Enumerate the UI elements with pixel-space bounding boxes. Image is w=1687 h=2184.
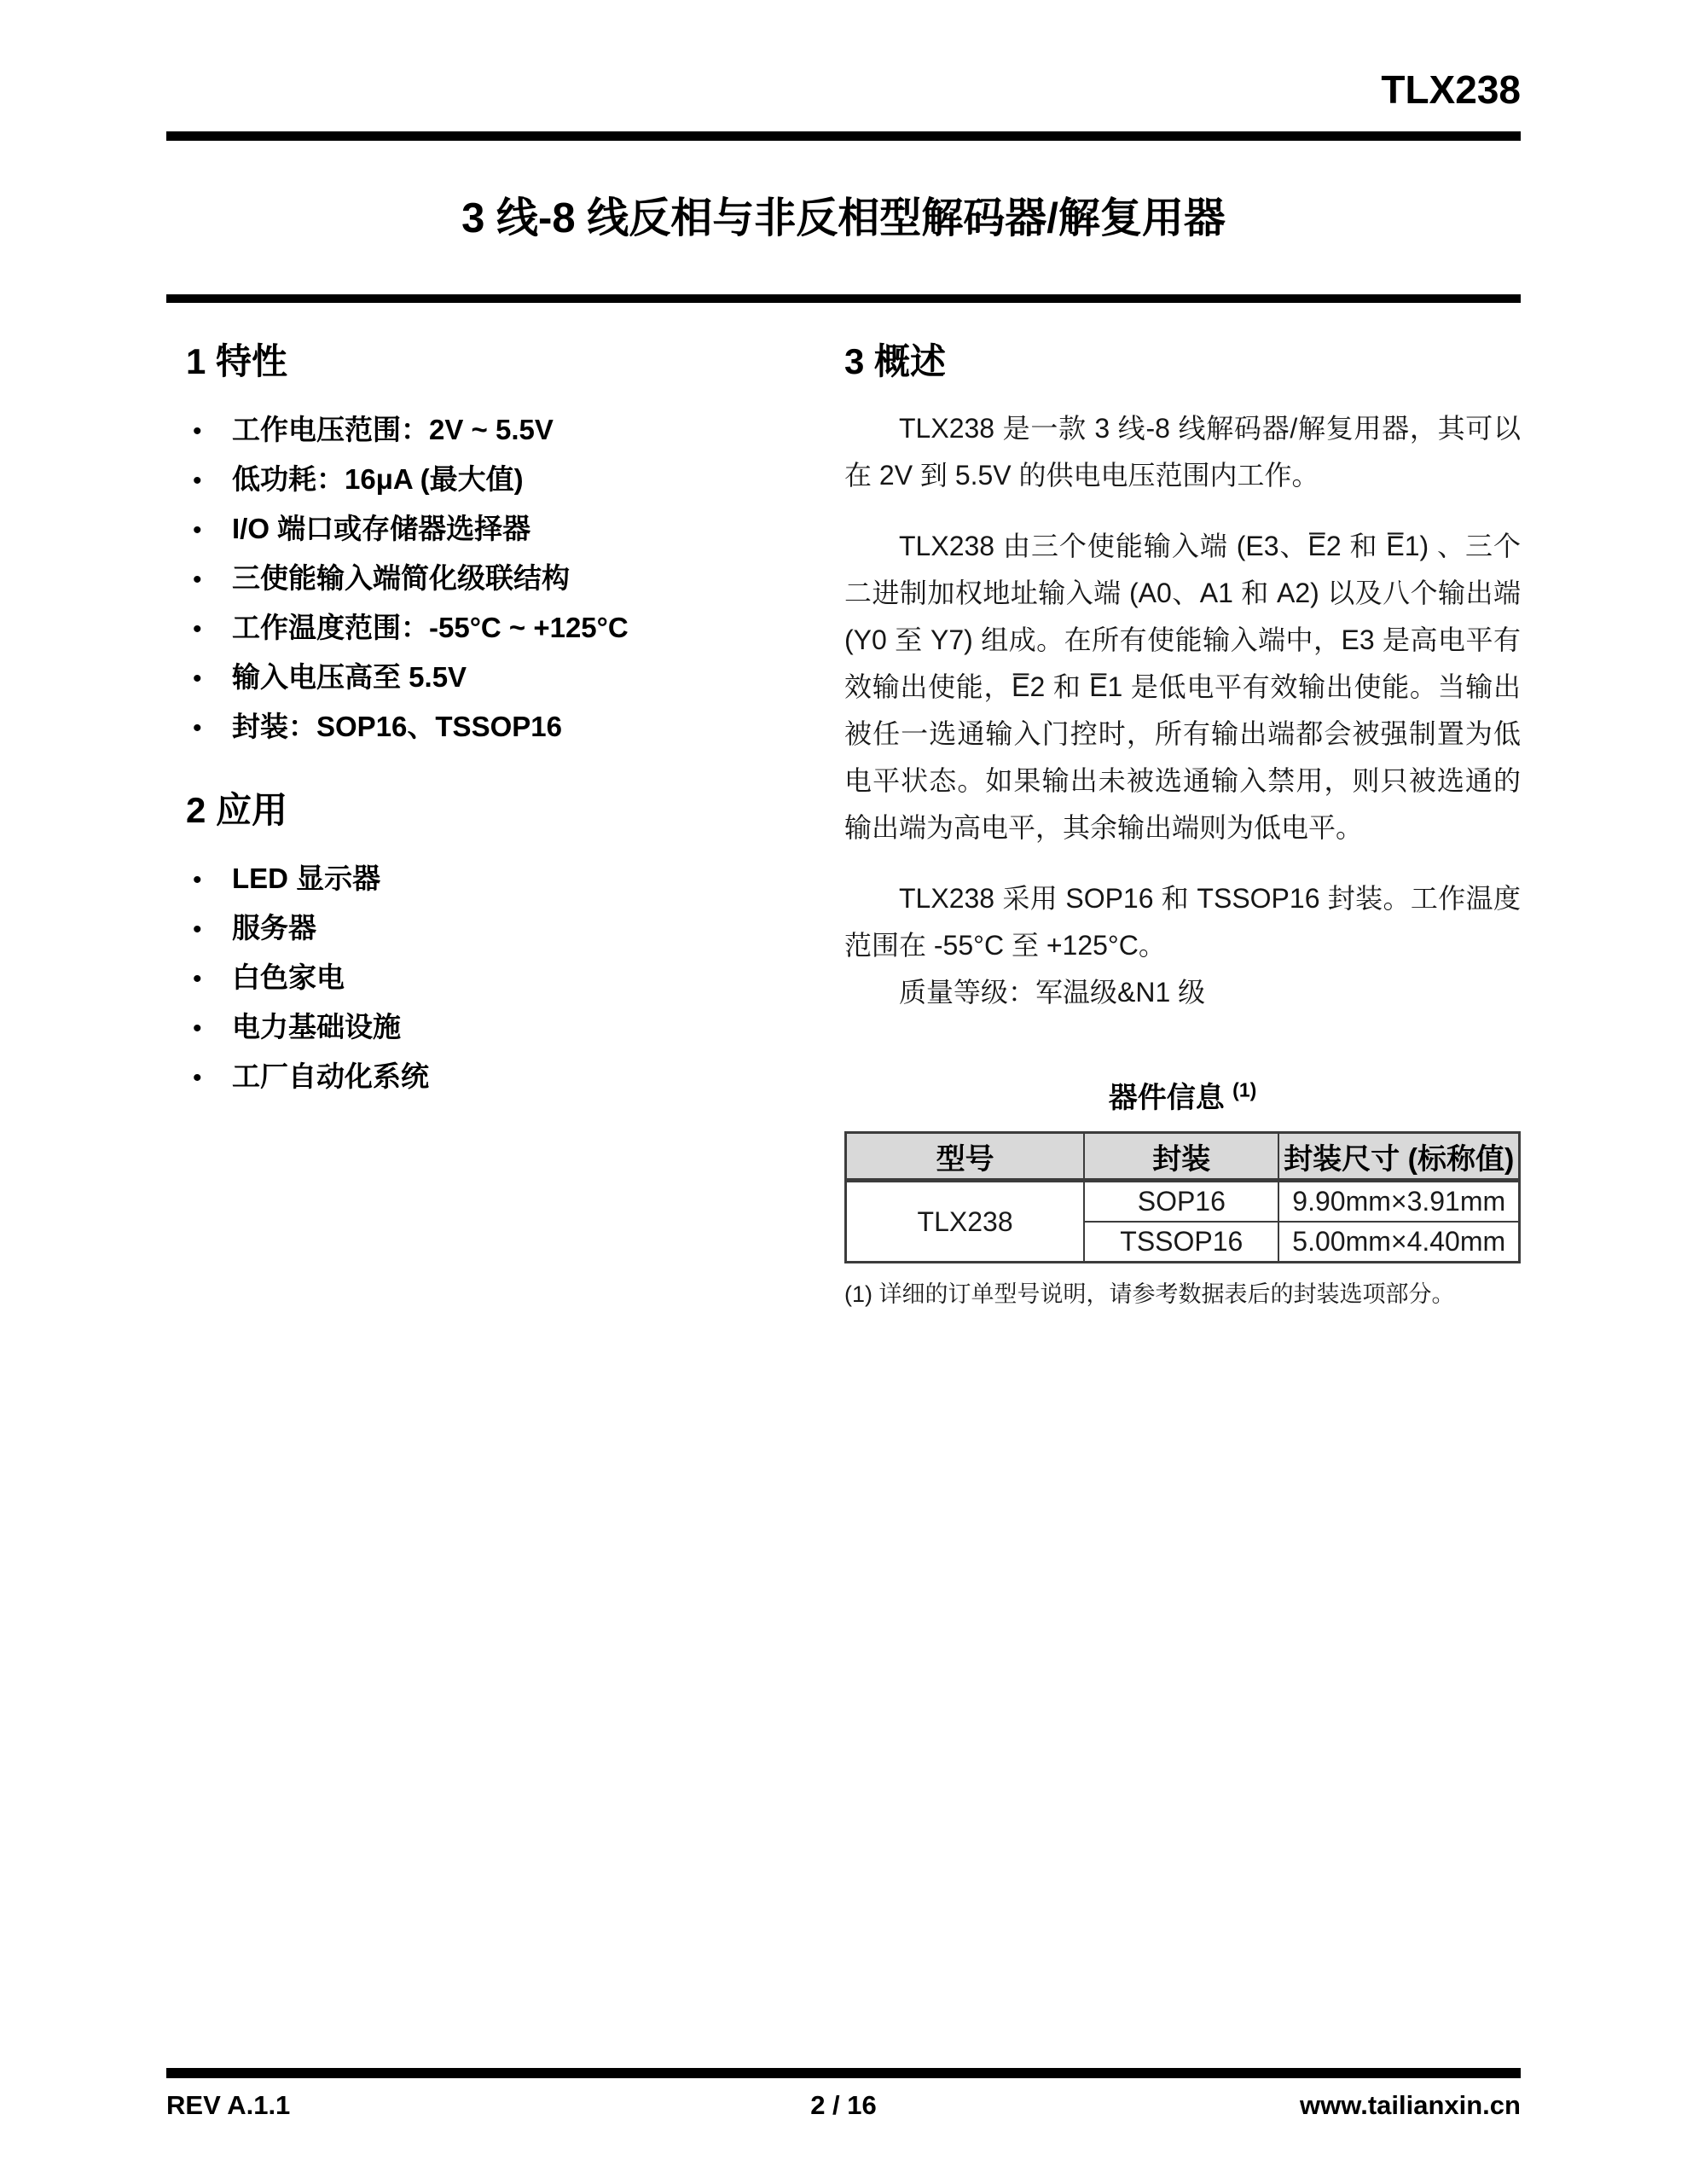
device-info-title-footnote-marker: (1) xyxy=(1232,1079,1256,1101)
col-header-size: 封装尺寸 (标称值) xyxy=(1278,1133,1519,1181)
bullet-icon: • xyxy=(186,617,232,642)
col-header-package: 封装 xyxy=(1084,1133,1278,1181)
feature-item-label: 工作电压范围：2V ~ 5.5V xyxy=(232,415,554,444)
application-item-label: LED 显示器 xyxy=(232,864,380,892)
footer-page-number: 2 / 16 xyxy=(617,2090,1069,2121)
header-rule xyxy=(166,131,1521,141)
device-info-title: 器件信息 (1) xyxy=(844,1074,1521,1116)
left-column: 1 特性 • 工作电压范围：2V ~ 5.5V • 低功耗：16μA (最大值)… xyxy=(166,334,809,1309)
col-header-model: 型号 xyxy=(846,1133,1085,1181)
feature-item-label: 工作温度范围：-55°C ~ +125°C xyxy=(232,613,629,642)
bullet-icon: • xyxy=(186,868,232,893)
right-column: 3 概述 TLX238 是一款 3 线-8 线解码器/解复用器，其可以在 2V … xyxy=(844,334,1521,1309)
application-item: • 工厂自动化系统 xyxy=(186,1062,809,1091)
feature-item: • 输入电压高至 5.5V xyxy=(186,663,809,692)
overview-paragraph-3: TLX238 采用 SOP16 和 TSSOP16 封装。工作温度范围在 -55… xyxy=(844,875,1521,969)
application-item: • 电力基础设施 xyxy=(186,1013,809,1042)
size-cell: 5.00mm×4.40mm xyxy=(1278,1222,1519,1263)
footer-website: www.tailianxin.cn xyxy=(1070,2090,1521,2121)
bullet-icon: • xyxy=(186,518,232,543)
features-list: • 工作电压范围：2V ~ 5.5V • 低功耗：16μA (最大值) • I/… xyxy=(186,415,809,741)
feature-item: • 低功耗：16μA (最大值) xyxy=(186,465,809,494)
content-columns: 1 特性 • 工作电压范围：2V ~ 5.5V • 低功耗：16μA (最大值)… xyxy=(166,334,1521,1309)
applications-heading: 2 应用 xyxy=(186,782,809,834)
device-info-table: 型号 封装 封装尺寸 (标称值) TLX238 SOP16 9.90mm×3.9… xyxy=(844,1131,1521,1263)
overview-paragraph-1: TLX238 是一款 3 线-8 线解码器/解复用器，其可以在 2V 到 5.5… xyxy=(844,405,1521,499)
feature-item: • 三使能输入端简化级联结构 xyxy=(186,564,809,593)
feature-item: • 工作温度范围：-55°C ~ +125°C xyxy=(186,613,809,642)
application-item-label: 服务器 xyxy=(232,914,316,942)
application-item: • LED 显示器 xyxy=(186,864,809,893)
bullet-icon: • xyxy=(186,917,232,943)
feature-item: • I/O 端口或存储器选择器 xyxy=(186,514,809,543)
feature-item-label: 封装：SOP16、TSSOP16 xyxy=(232,712,562,741)
datasheet-page: TLX238 3 线-8 线反相与非反相型解码器/解复用器 1 特性 • 工作电… xyxy=(0,0,1687,2184)
application-item-label: 电力基础设施 xyxy=(232,1013,401,1041)
applications-list: • LED 显示器 • 服务器 • 白色家电 • 电力基础设施 • 工厂自动 xyxy=(186,864,809,1091)
features-heading: 1 特性 xyxy=(186,334,809,385)
bullet-icon: • xyxy=(186,567,232,593)
bullet-icon: • xyxy=(186,716,232,741)
application-item: • 服务器 xyxy=(186,914,809,943)
bullet-icon: • xyxy=(186,666,232,692)
overview-paragraph-2: TLX238 由三个使能输入端 (E3、E̅2 和 E̅1) 、三个二进制加权地… xyxy=(844,523,1521,851)
product-number: TLX238 xyxy=(166,0,1521,113)
title-rule xyxy=(166,294,1521,303)
page-title: 3 线-8 线反相与非反相型解码器/解复用器 xyxy=(166,185,1521,245)
application-item-label: 工厂自动化系统 xyxy=(232,1062,429,1090)
table-footnote: (1) 详细的订单型号说明，请参考数据表后的封装选项部分。 xyxy=(844,1275,1521,1309)
size-cell: 9.90mm×3.91mm xyxy=(1278,1181,1519,1222)
table-row: TLX238 SOP16 9.90mm×3.91mm xyxy=(846,1181,1520,1222)
page-footer: REV A.1.1 2 / 16 www.tailianxin.cn xyxy=(166,2068,1521,2121)
bullet-icon: • xyxy=(186,967,232,992)
package-cell: SOP16 xyxy=(1084,1181,1278,1222)
bullet-icon: • xyxy=(186,468,232,494)
feature-item-label: 三使能输入端简化级联结构 xyxy=(232,564,570,592)
overview-heading: 3 概述 xyxy=(844,334,1521,385)
quality-grade-line: 质量等级：军温级&N1 级 xyxy=(844,969,1521,1016)
model-cell: TLX238 xyxy=(846,1181,1085,1263)
feature-item-label: 低功耗：16μA (最大值) xyxy=(232,465,524,493)
footer-rule xyxy=(166,2068,1521,2078)
table-header-row: 型号 封装 封装尺寸 (标称值) xyxy=(846,1133,1520,1181)
bullet-icon: • xyxy=(186,1016,232,1042)
application-item-label: 白色家电 xyxy=(232,963,345,991)
footer-revision: REV A.1.1 xyxy=(166,2090,617,2121)
feature-item-label: 输入电压高至 5.5V xyxy=(232,663,467,691)
feature-item: • 工作电压范围：2V ~ 5.5V xyxy=(186,415,809,444)
device-info-title-text: 器件信息 xyxy=(1109,1082,1225,1114)
bullet-icon: • xyxy=(186,419,232,444)
application-item: • 白色家电 xyxy=(186,963,809,992)
feature-item: • 封装：SOP16、TSSOP16 xyxy=(186,712,809,741)
feature-item-label: I/O 端口或存储器选择器 xyxy=(232,514,530,543)
package-cell: TSSOP16 xyxy=(1084,1222,1278,1263)
bullet-icon: • xyxy=(186,1066,232,1091)
